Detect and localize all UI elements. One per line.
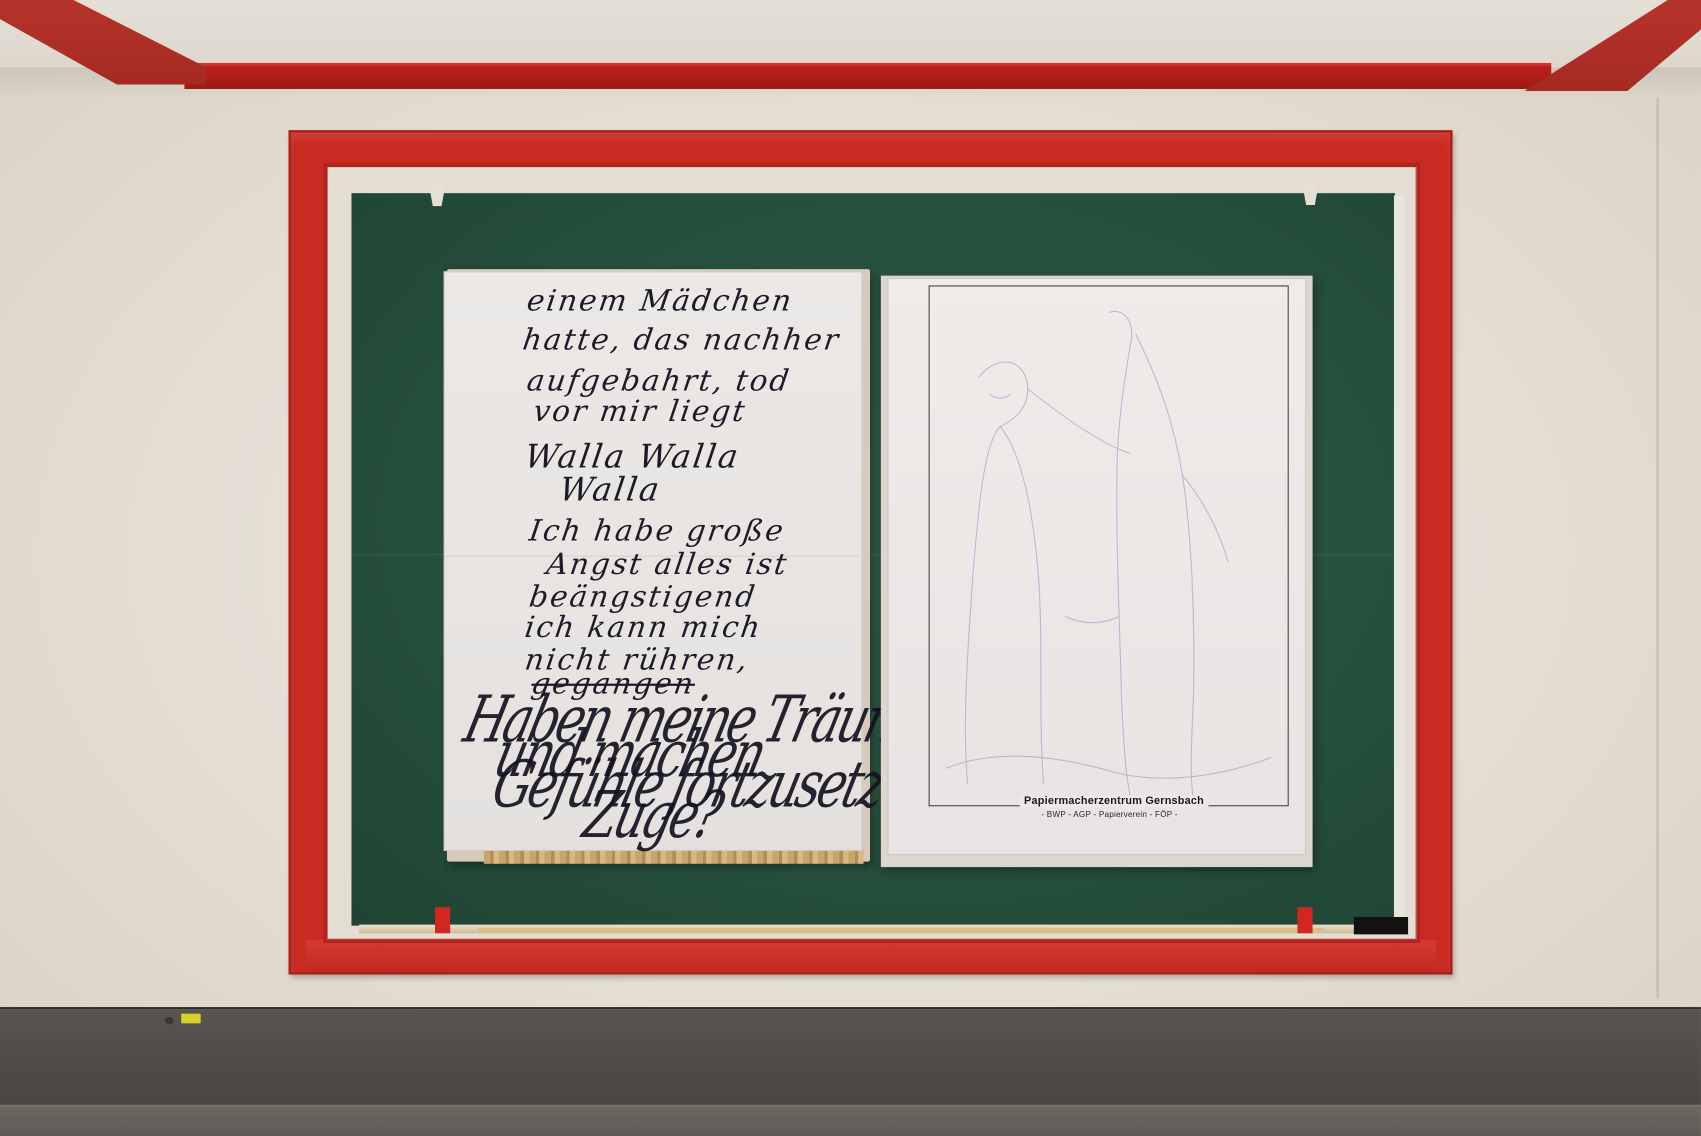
poster-gold-strip (477, 928, 1323, 933)
handwriting-line: vor mir liegt (531, 395, 748, 429)
floor-ledge (0, 1105, 1701, 1134)
handwriting-line: beängstigend (527, 581, 759, 615)
scene: einem Mädchen hatte, das nachher aufgeba… (0, 0, 1701, 1134)
wall-dado (0, 1007, 1701, 1109)
poster-frame-bottom (306, 940, 1436, 973)
wall-smudge (165, 1017, 174, 1025)
poster-edge-right (1394, 195, 1405, 924)
handwriting-line: Ich habe große (527, 514, 787, 548)
handwriting-line: Walla (557, 471, 663, 509)
publisher-title: Papiermacherzentrum Gernsbach (1020, 795, 1209, 807)
handwriting-line: Angst alles ist (544, 548, 790, 582)
ceiling-red-beam (184, 63, 1551, 89)
handwriting-line: ich kann mich (523, 611, 765, 645)
ceiling (0, 0, 1701, 67)
scribbled-line: Zuge? (576, 778, 727, 853)
handwriting-line: einem Mädchen (525, 284, 796, 318)
right-page-printed-border (929, 285, 1289, 806)
publisher-subtitle: - BWP - AGP - Papierverein - FÖP - (1041, 810, 1177, 820)
handwriting-line: aufgebahrt, tod (525, 365, 793, 399)
poster-clip-bottom-left-icon (435, 907, 450, 933)
handwriting-line: hatte, das nachher (521, 323, 843, 357)
poster-clip-bottom-right-icon (1297, 907, 1312, 933)
yellow-sticker (181, 1014, 201, 1024)
frame-corner-gap (1354, 917, 1408, 934)
wall-seam (1656, 98, 1658, 999)
